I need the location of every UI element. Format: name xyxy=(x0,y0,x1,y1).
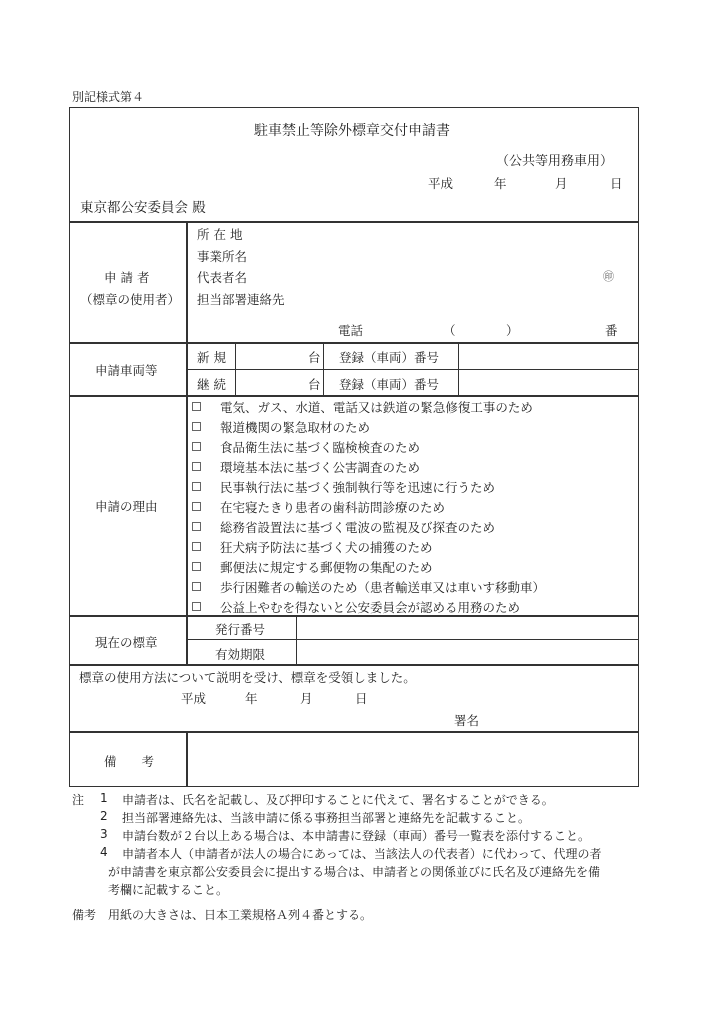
receipt-day: 日 xyxy=(355,689,368,707)
checkbox[interactable] xyxy=(192,562,201,571)
column-divider xyxy=(458,342,459,395)
reason-item[interactable]: 在宅寝たきり患者の歯科訪問診療のため xyxy=(192,498,445,516)
divider xyxy=(187,639,639,640)
reasons-label: 申請の理由 xyxy=(95,497,158,515)
column-divider xyxy=(186,221,188,665)
date-era: 平成 xyxy=(428,174,453,192)
checkbox[interactable] xyxy=(192,442,201,451)
vehicles-label: 申請車両等 xyxy=(95,361,158,379)
checkbox[interactable] xyxy=(192,402,201,411)
divider xyxy=(69,342,639,344)
phone-label: 電話 xyxy=(338,321,363,339)
notes-prefix: 注 xyxy=(72,791,84,808)
vehicle-unit-new: 台 xyxy=(308,348,321,366)
field-contact-dept[interactable]: 担当部署連絡先 xyxy=(197,290,285,308)
divider xyxy=(69,221,639,223)
reason-item[interactable]: 民事執行法に基づく強制執行等を迅速に行うため xyxy=(192,478,495,496)
divider xyxy=(187,369,639,370)
form-subtitle: （公共等用務車用） xyxy=(496,150,613,169)
applicant-label: 申 請 者 xyxy=(104,268,149,286)
note-text: 考欄に記載すること。 xyxy=(108,881,228,898)
phone-suffix: 番 xyxy=(605,321,618,339)
note-text: 申請者本人（申請者が法人の場合にあっては、当該法人の代表者）に代わって、代理の者 xyxy=(122,845,602,862)
addressee: 東京都公安委員会 殿 xyxy=(80,196,206,216)
checkbox[interactable] xyxy=(192,462,201,471)
note-text: が申請書を東京都公安委員会に提出する場合は、申請者との関係並びに氏名及び連絡先を… xyxy=(108,863,600,880)
checkbox[interactable] xyxy=(192,582,201,591)
checkbox[interactable] xyxy=(192,522,201,531)
note-number: 2 xyxy=(100,809,108,823)
divider xyxy=(69,395,639,397)
checkbox[interactable] xyxy=(192,602,201,611)
reg-number-label-new: 登録（車両）番号 xyxy=(339,348,439,366)
reason-item[interactable]: 歩行困難者の輸送のため（患者輸送車又は車いす移動車） xyxy=(192,578,545,596)
signature-label: 署名 xyxy=(454,711,479,729)
date-month: 月 xyxy=(555,174,568,192)
remarks-label: 備 考 xyxy=(104,752,154,770)
footer-text: 用紙の大きさは、日本工業規格Ａ列４番とする。 xyxy=(108,906,372,923)
receipt-era: 平成 xyxy=(181,689,206,707)
note-text: 申請台数が２台以上ある場合は、本申請書に登録（車両）番号一覧表を添付すること。 xyxy=(122,827,590,844)
checkbox[interactable] xyxy=(192,422,201,431)
field-representative[interactable]: 代表者名 xyxy=(197,268,247,286)
divider xyxy=(69,731,639,733)
form-id: 別記様式第４ xyxy=(72,88,144,105)
checkbox[interactable] xyxy=(192,502,201,511)
field-address[interactable]: 所 在 地 xyxy=(197,225,242,243)
issue-number-label: 発行番号 xyxy=(215,620,265,638)
divider xyxy=(69,664,639,666)
current-permit-label: 現在の標章 xyxy=(95,633,158,651)
date-year: 年 xyxy=(494,174,507,192)
note-number: 1 xyxy=(100,791,108,805)
column-divider xyxy=(323,342,324,395)
column-divider xyxy=(186,731,188,787)
footer-label: 備考 xyxy=(72,906,96,923)
checkbox[interactable] xyxy=(192,542,201,551)
date-day: 日 xyxy=(610,174,623,192)
receipt-statement: 標章の使用方法について説明を受け、標章を受領しました。 xyxy=(79,668,416,686)
reason-item[interactable]: 狂犬病予防法に基づく犬の捕獲のため xyxy=(192,538,433,556)
reason-item[interactable]: 環境基本法に基づく公害調査のため xyxy=(192,458,420,476)
receipt-year: 年 xyxy=(245,689,258,707)
note-text: 担当部署連絡先は、当該申請に係る事務担当部署と連絡先を記載すること。 xyxy=(122,809,530,826)
reason-item[interactable]: 食品衛生法に基づく臨検検査のため xyxy=(192,438,420,456)
vehicle-unit-renewal: 台 xyxy=(308,375,321,393)
reason-item[interactable]: 郵便法に規定する郵便物の集配のため xyxy=(192,558,433,576)
phone-open: （ xyxy=(443,321,456,339)
vehicle-type-new: 新 規 xyxy=(197,348,226,366)
reason-item[interactable]: 公益上やむを得ないと公安委員会が認める用務のため xyxy=(192,598,520,616)
note-number: 3 xyxy=(100,827,108,841)
vehicle-type-renewal: 継 続 xyxy=(197,375,226,393)
receipt-month: 月 xyxy=(300,689,313,707)
reason-item[interactable]: 報道機関の緊急取材のため xyxy=(192,418,370,436)
reason-item[interactable]: 電気、ガス、水道、電話又は鉄道の緊急修復工事のため xyxy=(192,398,533,416)
seal-icon: ㊞ xyxy=(603,268,614,284)
phone-close: ） xyxy=(506,321,519,339)
reason-item[interactable]: 総務省設置法に基づく電波の監視及び探査のため xyxy=(192,518,495,536)
column-divider xyxy=(235,342,236,395)
expiry-label: 有効期限 xyxy=(215,645,265,663)
note-number: 4 xyxy=(100,845,108,859)
field-office-name[interactable]: 事業所名 xyxy=(197,247,247,265)
column-divider xyxy=(296,615,297,664)
applicant-sublabel: （標章の使用者） xyxy=(80,290,180,308)
form-title: 駐車禁止等除外標章交付申請書 xyxy=(254,120,450,140)
note-text: 申請者は、氏名を記載し、及び押印することに代えて、署名することができる。 xyxy=(122,791,554,808)
checkbox[interactable] xyxy=(192,482,201,491)
reg-number-label-renewal: 登録（車両）番号 xyxy=(339,375,439,393)
